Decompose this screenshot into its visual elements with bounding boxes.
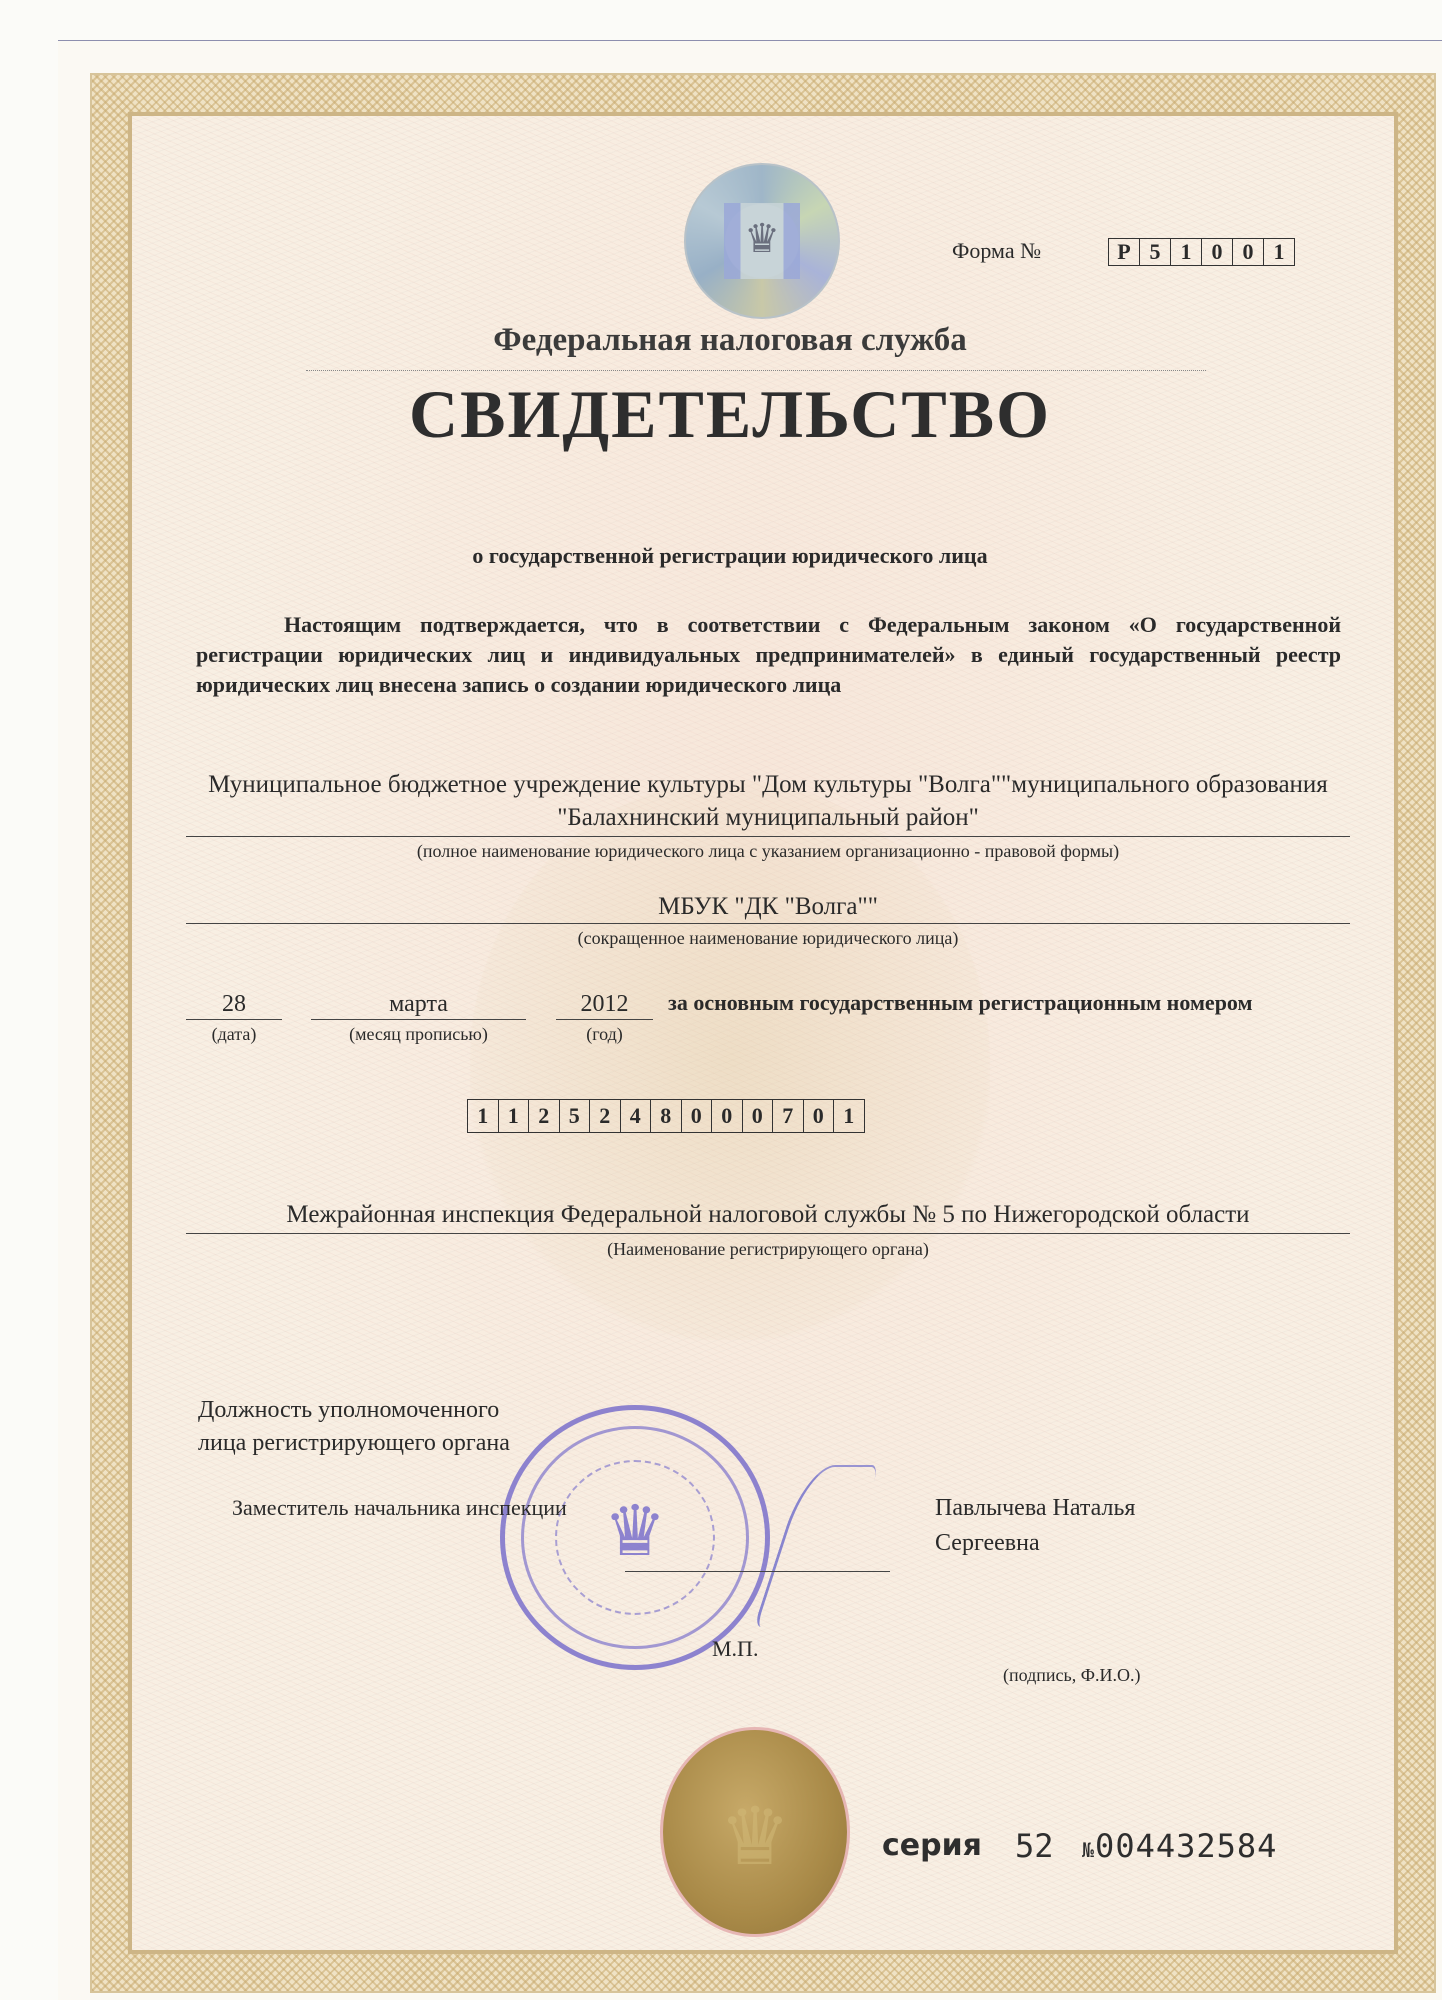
form-code-char: 5 bbox=[1140, 239, 1171, 265]
ogrn-digit: 1 bbox=[468, 1100, 499, 1132]
form-code-char: 1 bbox=[1264, 239, 1294, 265]
series-value: 52 bbox=[1015, 1827, 1054, 1865]
full-name-caption: (полное наименование юридического лица с… bbox=[186, 841, 1350, 862]
document-subtitle: о государственной регистрации юридическо… bbox=[300, 543, 1160, 569]
position-label-line2: лица регистрирующего органа bbox=[198, 1430, 510, 1457]
ogrn-number: 1 1 2 5 2 4 8 0 0 0 7 0 1 bbox=[467, 1099, 865, 1133]
short-name-underline bbox=[186, 923, 1350, 924]
ogrn-digit: 2 bbox=[590, 1100, 621, 1132]
registration-year: 2012 bbox=[556, 991, 653, 1018]
day-underline bbox=[186, 1019, 282, 1020]
certificate-number: №004432584 bbox=[1082, 1827, 1277, 1865]
ogrn-digit: 1 bbox=[499, 1100, 530, 1132]
ogrn-digit: 4 bbox=[621, 1100, 652, 1132]
entity-full-name: Муниципальное бюджетное учреждение культ… bbox=[186, 768, 1350, 834]
authority-underline bbox=[186, 1233, 1350, 1234]
ogrn-digit: 1 bbox=[834, 1100, 864, 1132]
ogrn-digit: 0 bbox=[804, 1100, 835, 1132]
signature-caption: (подпись, Ф.И.О.) bbox=[1003, 1665, 1140, 1686]
year-caption: (год) bbox=[556, 1024, 653, 1045]
short-name-caption: (сокращенное наименование юридического л… bbox=[186, 928, 1350, 949]
day-caption: (дата) bbox=[186, 1024, 282, 1045]
ogrn-digit: 5 bbox=[560, 1100, 591, 1132]
document-title: СВИДЕТЕЛЬСТВО bbox=[300, 375, 1160, 454]
month-caption: (месяц прописью) bbox=[311, 1024, 526, 1045]
agency-name: Федеральная налоговая служба bbox=[300, 322, 1160, 359]
signature-line bbox=[625, 1571, 890, 1572]
full-name-underline bbox=[186, 836, 1350, 837]
ogrn-digit: 0 bbox=[743, 1100, 774, 1132]
ogrn-digit: 0 bbox=[712, 1100, 743, 1132]
form-code: Р 5 1 0 0 1 bbox=[1108, 238, 1295, 266]
official-stamp-icon: ♛ bbox=[500, 1405, 770, 1670]
position-label-line1: Должность уполномоченного bbox=[198, 1397, 499, 1424]
ogrn-digit: 0 bbox=[682, 1100, 713, 1132]
ogrn-digit: 8 bbox=[651, 1100, 682, 1132]
signatory-position: Заместитель начальника инспекции bbox=[232, 1495, 567, 1521]
agency-divider bbox=[306, 370, 1206, 371]
authority-caption: (Наименование регистрирующего органа) bbox=[186, 1239, 1350, 1260]
month-underline bbox=[311, 1019, 526, 1020]
registration-day: 28 bbox=[186, 991, 282, 1018]
stamp-place-label: М.П. bbox=[712, 1636, 758, 1662]
ogrn-digit: 2 bbox=[529, 1100, 560, 1132]
form-label: Форма № bbox=[952, 238, 1041, 264]
hologram-emblem-icon: ♛ bbox=[684, 163, 840, 319]
year-underline bbox=[556, 1019, 653, 1020]
form-code-char: Р bbox=[1109, 239, 1140, 265]
form-code-char: 1 bbox=[1171, 239, 1202, 265]
registration-month: марта bbox=[311, 991, 526, 1018]
form-code-char: 0 bbox=[1233, 239, 1264, 265]
gold-emblem-seal-icon: ♛ bbox=[660, 1727, 850, 1937]
signatory-name-line1: Павлычева Наталья bbox=[935, 1495, 1135, 1522]
entity-short-name: МБУК "ДК "Волга"" bbox=[186, 893, 1350, 921]
series-label: серия bbox=[882, 1828, 982, 1863]
ogrn-digit: 7 bbox=[773, 1100, 804, 1132]
registering-authority: Межрайонная инспекция Федеральной налого… bbox=[186, 1201, 1350, 1229]
certification-paragraph: Настоящим подтверждается, что в соответс… bbox=[196, 610, 1341, 700]
signatory-name-line2: Сергеевна bbox=[935, 1530, 1040, 1557]
form-code-char: 0 bbox=[1202, 239, 1233, 265]
ogrn-label: за основным государственным регистрацион… bbox=[668, 990, 1253, 1016]
